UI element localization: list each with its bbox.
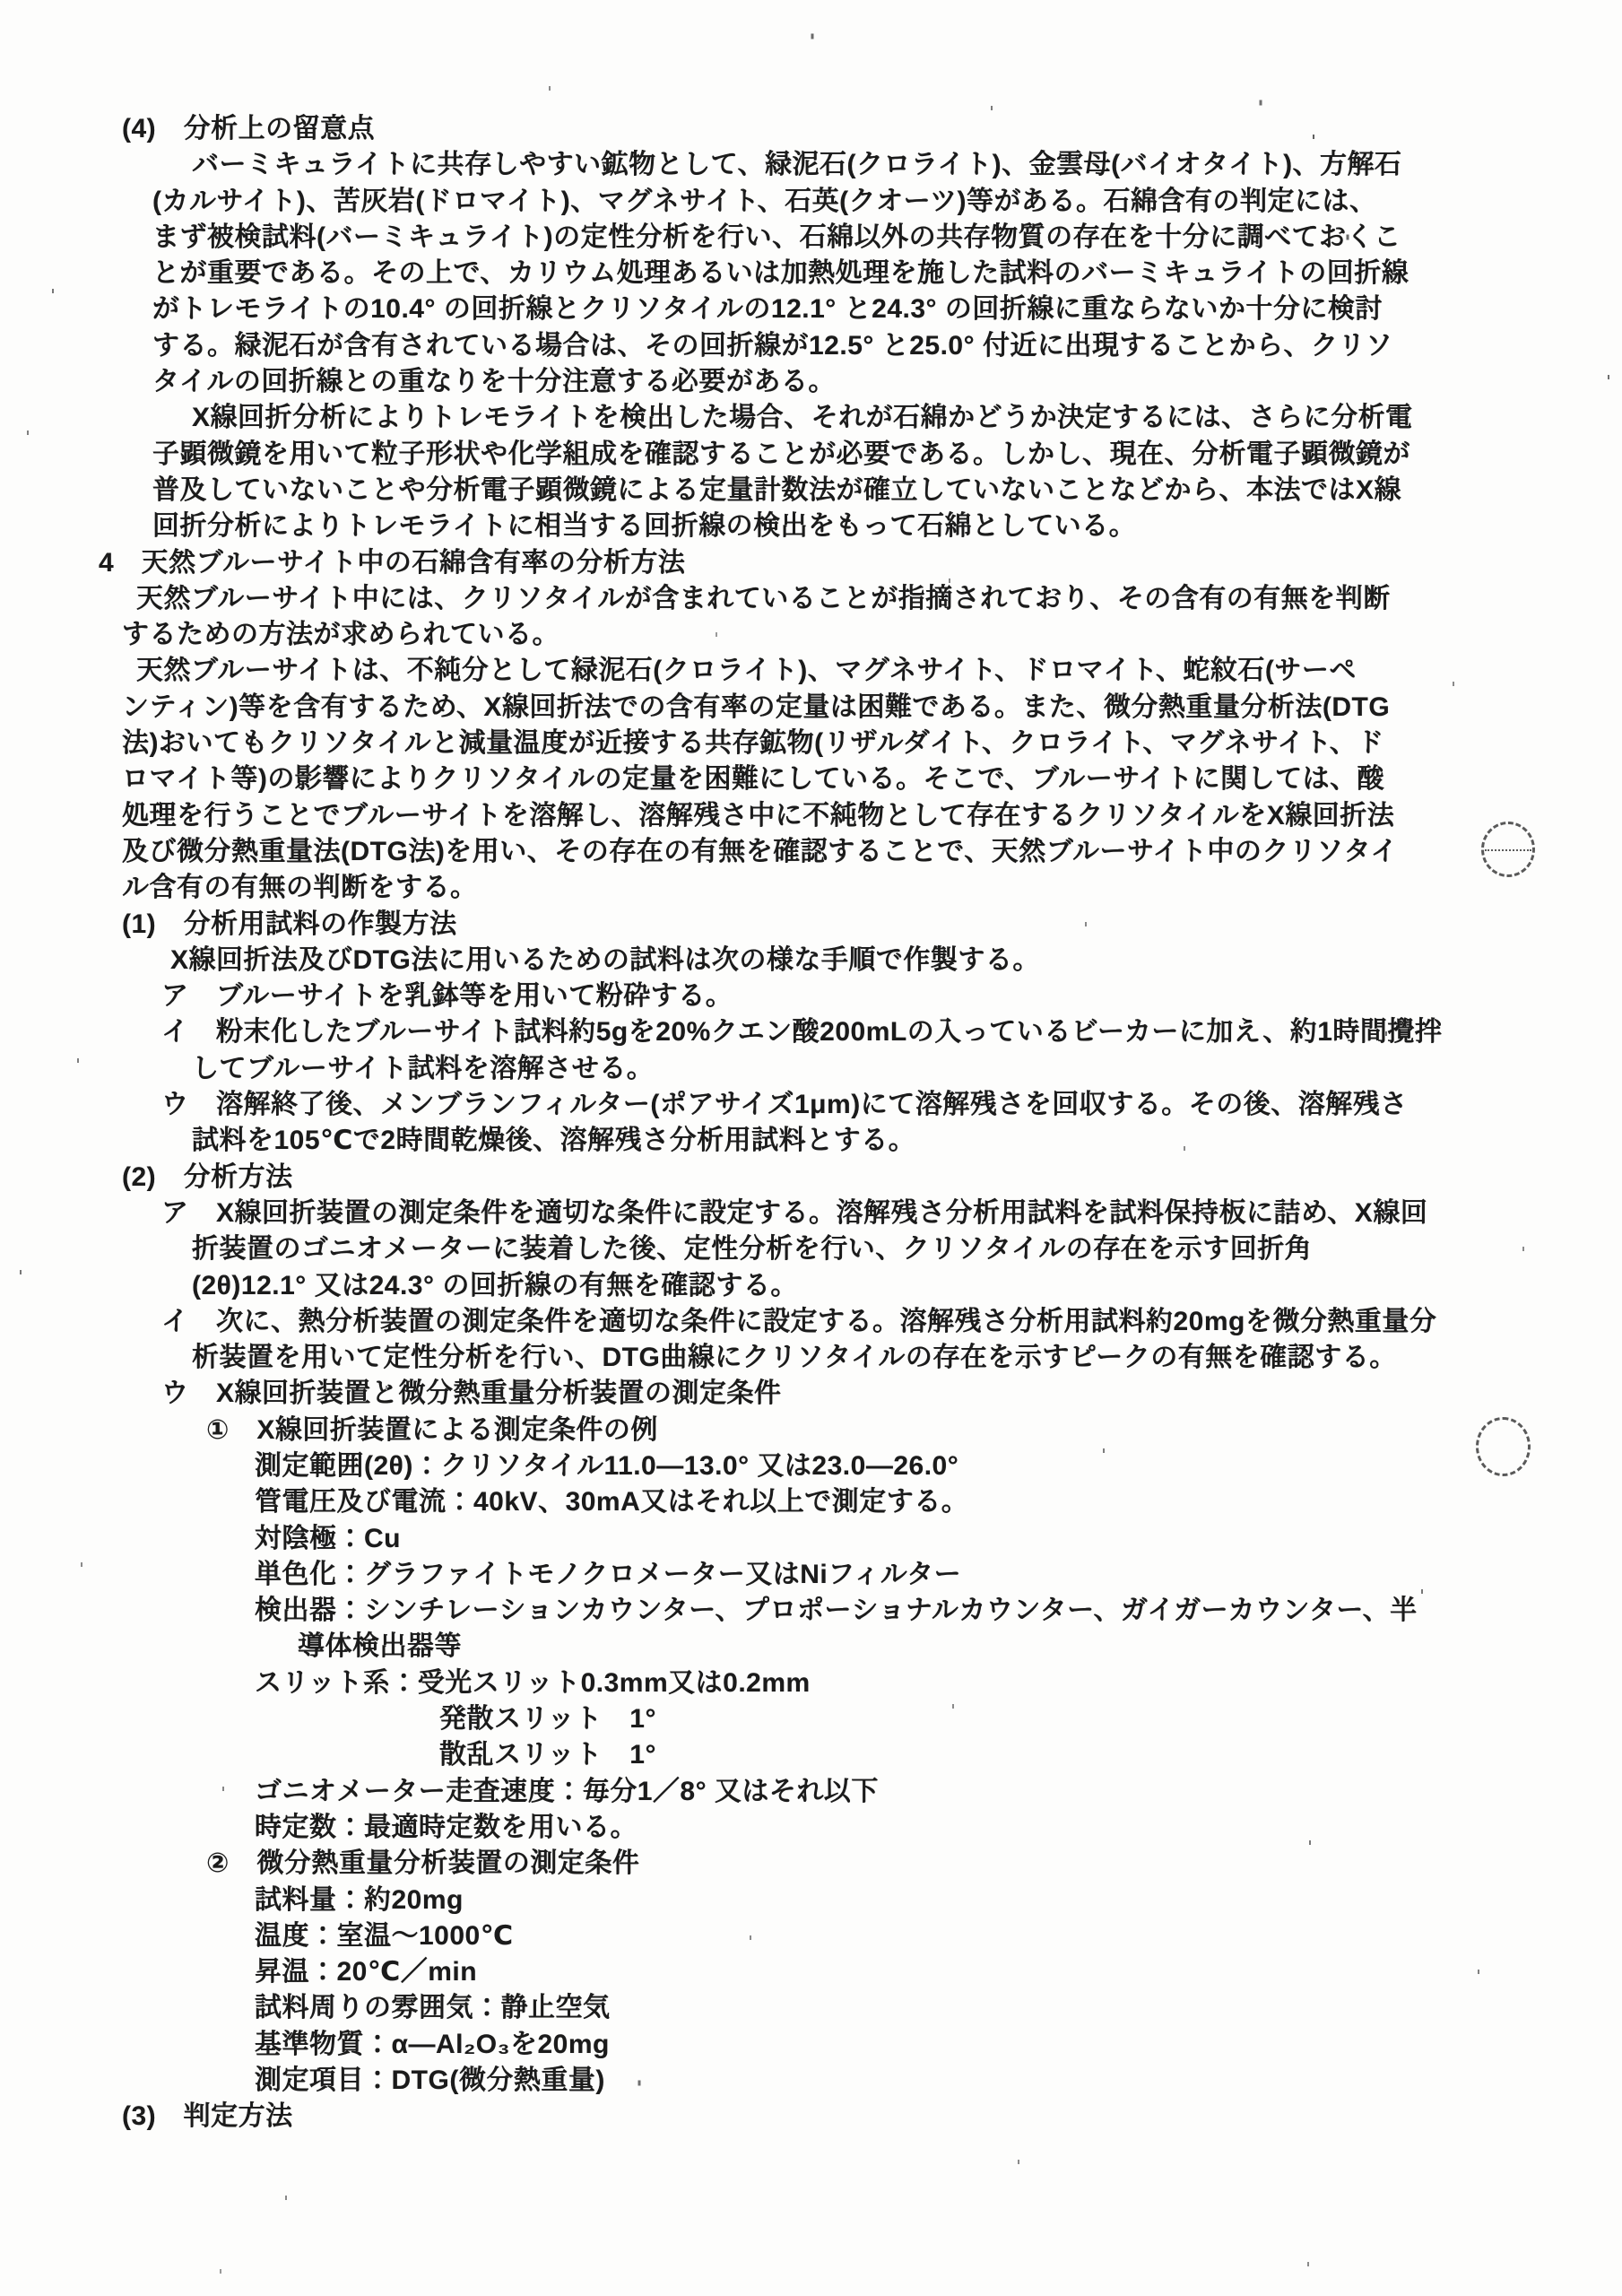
heading-section-4-2: (2) 分析方法 — [0, 1160, 1586, 1196]
text-line: 処理を行うことでブルーサイトを溶解し、溶解残さ中に不純物として存在するクリソタイ… — [0, 798, 1586, 834]
condition-line: 昇温：20℃／min — [0, 1954, 1586, 1990]
list-item-circled-1: ① X線回折装置による測定条件の例 — [0, 1413, 1586, 1448]
text-line: バーミキュライトに共存しやすい鉱物として、緑泥石(クロライト)、金雲母(バイオタ… — [0, 147, 1586, 183]
list-item-u: ウ 溶解終了後、メンブランフィルター(ポアサイズ1μm)にて溶解残さを回収する。… — [0, 1087, 1586, 1123]
text-line: X線回折分析によりトレモライトを検出した場合、それが石綿かどうか決定するには、さ… — [0, 400, 1586, 436]
text-line: してブルーサイト試料を溶解させる。 — [0, 1051, 1586, 1087]
condition-line: 測定範囲(2θ)：クリソタイル11.0—13.0° 又は23.0—26.0° — [0, 1448, 1586, 1484]
text-line: 回折分析によりトレモライトに相当する回折線の検出をもって石綿としている。 — [0, 509, 1586, 544]
text-line: 普及していないことや分析電子顕微鏡による定量計数法が確立していないことなどから、… — [0, 473, 1586, 509]
condition-line: 基準物質：α—Al₂O₃を20mg — [0, 2027, 1586, 2063]
text-line: ンティン)等を含有するため、X線回折法での含有率の定量は困難である。また、微分熱… — [0, 690, 1586, 726]
heading-section-4-4: (4) 分析上の留意点 — [0, 111, 1586, 147]
condition-line: スリット系：受光スリット0.3mm又は0.2mm — [0, 1665, 1586, 1701]
condition-line: ゴニオメーター走査速度：毎分1／8° 又はそれ以下 — [0, 1774, 1586, 1810]
list-item-i: イ 次に、熱分析装置の測定条件を適切な条件に設定する。溶解残さ分析用試料約20m… — [0, 1304, 1586, 1340]
document-body: (4) 分析上の留意点バーミキュライトに共存しやすい鉱物として、緑泥石(クロライ… — [0, 111, 1586, 2135]
condition-line: 発散スリット 1° — [0, 1701, 1586, 1737]
text-line: する。緑泥石が含有されている場合は、その回折線が12.5° と25.0° 付近に… — [0, 328, 1586, 364]
text-line: とが重要である。その上で、カリウム処理あるいは加熱処理を施した試料のバーミキュラ… — [0, 256, 1586, 291]
text-line: (カルサイト)、苦灰岩(ドロマイト)、マグネサイト、石英(クオーツ)等がある。石… — [0, 184, 1586, 220]
text-line: 天然ブルーサイト中には、クリソタイルが含まれていることが指摘されており、その含有… — [0, 581, 1586, 617]
condition-line: 単色化：グラファイトモノクロメーター又はNiフィルター — [0, 1557, 1586, 1593]
condition-line: 時定数：最適時定数を用いる。 — [0, 1810, 1586, 1846]
text-line: タイルの回折線との重なりを十分注意する必要がある。 — [0, 364, 1586, 400]
heading-section-4-1: (1) 分析用試料の作製方法 — [0, 907, 1586, 943]
heading-section-4-3: (3) 判定方法 — [0, 2099, 1586, 2135]
list-item-a: ア ブルーサイトを乳鉢等を用いて粉砕する。 — [0, 978, 1586, 1014]
text-line: 析装置を用いて定性分析を行い、DTG曲線にクリソタイルの存在を示すピークの有無を… — [0, 1340, 1586, 1376]
text-line: X線回折法及びDTG法に用いるための試料は次の様な手順で作製する。 — [0, 943, 1586, 978]
condition-line: 温度：室温〜1000℃ — [0, 1918, 1586, 1954]
text-line: ロマイト等)の影響によりクリソタイルの定量を困難にしている。そこで、ブルーサイト… — [0, 761, 1586, 797]
condition-line: 対陰極：Cu — [0, 1521, 1586, 1557]
condition-line: 管電圧及び電流：40kV、30mA又はそれ以上で測定する。 — [0, 1484, 1586, 1520]
text-line: まず被検試料(バーミキュライト)の定性分析を行い、石綿以外の共存物質の存在を十分… — [0, 220, 1586, 256]
text-line: 試料を105℃で2時間乾燥後、溶解残さ分析用試料とする。 — [0, 1123, 1586, 1159]
list-item-u: ウ X線回折装置と微分熱重量分析装置の測定条件 — [0, 1376, 1586, 1412]
condition-line: 測定項目：DTG(微分熱重量) — [0, 2063, 1586, 2099]
list-item-i: イ 粉末化したブルーサイト試料約5gを20%クエン酸200mLの入っているビーカ… — [0, 1014, 1586, 1050]
text-line: 折装置のゴニオメーターに装着した後、定性分析を行い、クリソタイルの存在を示す回折… — [0, 1231, 1586, 1267]
punch-hole-mark-1 — [1481, 822, 1535, 877]
condition-line: 試料周りの雰囲気：静止空気 — [0, 1990, 1586, 2026]
condition-line: 導体検出器等 — [0, 1629, 1586, 1665]
condition-line: 試料量：約20mg — [0, 1883, 1586, 1918]
punch-hole-mark-2 — [1476, 1417, 1531, 1476]
text-line: 天然ブルーサイトは、不純分として緑泥石(クロライト)、マグネサイト、ドロマイト、… — [0, 653, 1586, 689]
text-line: 子顕微鏡を用いて粒子形状や化学組成を確認することが必要である。しかし、現在、分析… — [0, 437, 1586, 473]
list-item-a: ア X線回折装置の測定条件を適切な条件に設定する。溶解残さ分析用試料を試料保持板… — [0, 1196, 1586, 1231]
text-line: ル含有の有無の判断をする。 — [0, 870, 1586, 906]
text-line: 及び微分熱重量法(DTG法)を用い、その存在の有無を確認することで、天然ブルーサ… — [0, 834, 1586, 870]
heading-section-4: 4 天然ブルーサイト中の石綿含有率の分析方法 — [0, 545, 1586, 581]
text-line: がトレモライトの10.4° の回折線とクリソタイルの12.1° と24.3° の… — [0, 291, 1586, 327]
scan-noise-specks — [0, 0, 2, 4]
text-line: するための方法が求められている。 — [0, 617, 1586, 653]
text-line: 法)おいてもクリソタイルと減量温度が近接する共存鉱物(リザルダイト、クロライト、… — [0, 726, 1586, 761]
text-line: (2θ)12.1° 又は24.3° の回折線の有無を確認する。 — [0, 1268, 1586, 1304]
condition-line: 散乱スリット 1° — [0, 1737, 1586, 1773]
list-item-circled-2: ② 微分熱重量分析装置の測定条件 — [0, 1846, 1586, 1882]
condition-line: 検出器：シンチレーションカウンター、プロポーショナルカウンター、ガイガーカウンタ… — [0, 1593, 1586, 1629]
